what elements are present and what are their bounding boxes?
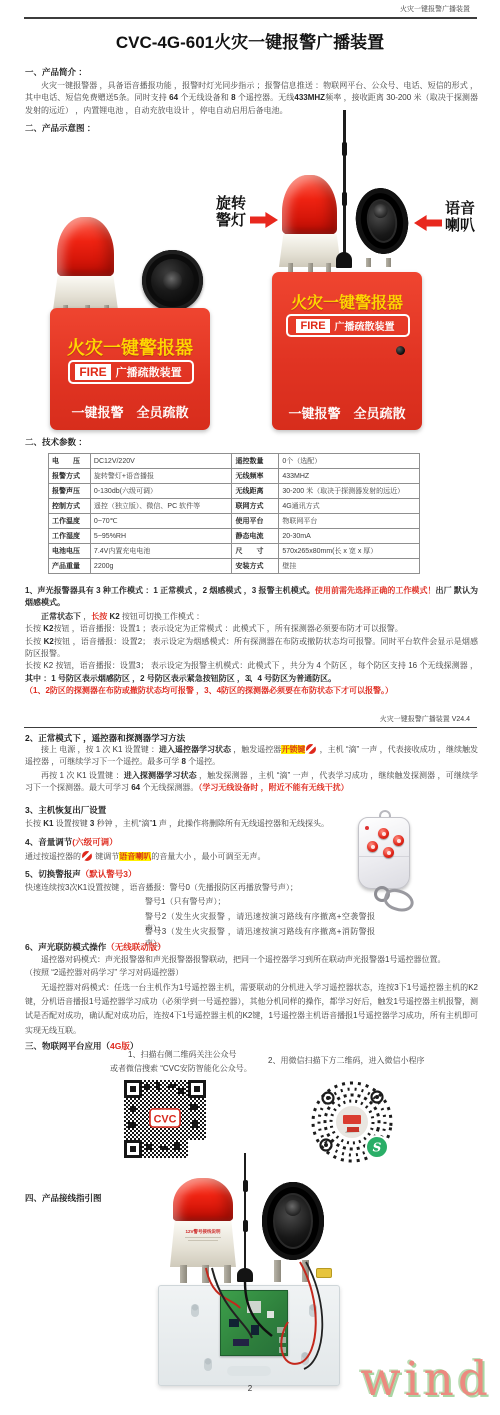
section-heading-params: 二、技术参数 ： (25, 436, 87, 448)
section-heading-wiring: 四、产品接线指引图 (25, 1192, 102, 1204)
learn-p1: 接上 电源 ，按 1 次 K1 设置键 ：进入遥控器学习状态 ，触发遥控器开锁键… (25, 744, 478, 769)
product-illustration: 火灾一键警报器 FIRE 广播疏散装置 一键报警 全员疏散 旋转 警灯 语音 喇… (0, 100, 500, 433)
section-heading-learn: 2、正常模式下 ，遥控器和探测器学习方法 (25, 732, 185, 744)
modes-p1: 1、声光报警器具有 3 种工作模式 ：1 正常模式 ，2 烟感模式 ，3 报警主… (25, 585, 478, 610)
iot-item2: 2、用微信扫描下方二维码，进入微信小程序 (268, 1055, 424, 1067)
wiring-wires (150, 1150, 355, 1388)
link-p1: 遥控器对码模式：声光报警器和声光报警器报警联动，把同一个遥控器学习到所在联动声光… (25, 954, 478, 966)
section-heading-volume: 4、音量调节(六级可调） (25, 836, 118, 848)
page-number-1: 1 (0, 674, 500, 683)
remote-button (367, 841, 378, 852)
iot-item1-line2: 或者微信搜索 “CVC安防智能化公众号。 (110, 1063, 252, 1075)
alarm-box-title: 火灾一键警报器 (50, 334, 210, 360)
keylock-icon (396, 346, 405, 355)
siren-speaker-left (142, 250, 203, 311)
section-heading-intro: 一、产品简介 ： (25, 66, 87, 78)
fire-badge: FIRE 广播疏散装置 (68, 360, 194, 384)
horn-speaker-right (352, 185, 413, 258)
remote-button (383, 847, 394, 858)
remote-clasp (381, 886, 416, 915)
antenna (343, 110, 346, 262)
iot-item1-line1: 1、扫描右侧二维码关注公众号 (128, 1049, 236, 1061)
fire-badge-2: FIRE 广播疏散装置 (286, 314, 410, 337)
fire-badge-en: FIRE (75, 364, 110, 380)
modes-l2: 长按 K2按钮 ，语音播报：设置2； 表示设定为烟感模式：所有探测器在布防或撤防… (25, 636, 478, 661)
link-p3: 无遥控器对码模式：任选一台主机作为1号遥控器主机，需要联动的分机进入学习遥控器状… (25, 981, 478, 1038)
modes-note: （1、2防区的探测器在布防或撤防状态均可报警 ，3、4防区的探测器必须要在布防状… (25, 685, 478, 697)
running-header-page2: 火灾一键报警广播装置 V24.4 (380, 714, 470, 724)
alarm-box-slogan: 一键报警 全员疏散 (50, 402, 210, 421)
header-rule-page1 (24, 17, 477, 19)
beacon-light-right (282, 175, 337, 235)
arrow-left-icon (414, 215, 442, 231)
section-heading-link: 6、声光联防模式操作（无线联动版） (25, 941, 166, 953)
reset-p: 长按 K1 设置按键 3 秒钟 ，主机“滴”1 声 ，此操作将删除所有无线遥控器… (25, 818, 345, 830)
running-header-page1: 火灾一键报警广播装置 (400, 4, 470, 14)
alarm-box-left: 火灾一键警报器 FIRE 广播疏散装置 一键报警 全员疏散 (50, 308, 210, 430)
label-voice-speaker: 语音 喇叭 (445, 200, 475, 234)
section-heading-iot: 三、物联网平台应用（4G版） (25, 1040, 138, 1052)
modes-l1: 长按 K2按钮 ，语音播报：设置1 ；表示设定为正常模式 ：此模式下 ，所有探测… (25, 623, 478, 635)
arrow-right-icon (250, 212, 278, 228)
qr-center-logo: CVC (154, 1113, 177, 1125)
remote-button (393, 835, 404, 846)
fire-badge-cn: 广播疏散装置 (111, 363, 187, 381)
manual-page: 火灾一键报警广播装置 CVC-4G-601火灾一键报警广播装置 一、产品简介 ：… (0, 0, 500, 1415)
alarm-box-title-2: 火灾一键警报器 (272, 290, 422, 313)
fire-badge-en-2: FIRE (296, 319, 329, 333)
antenna-base (336, 252, 352, 268)
fire-badge-cn-2: 广播疏散装置 (330, 317, 400, 334)
remote-control-photo (350, 810, 430, 910)
section-heading-siren: 5、切换警报声（默认警号3） (25, 868, 136, 880)
header-rule-page2 (24, 727, 477, 728)
modes-p2: 正常状态下 ，长按 K2 按钮可切换工作模式 ： (25, 611, 478, 623)
params-table: 电 压DC12V/220V遥控数量0个（选配） 报警方式旋转警灯+语音播报无线频… (48, 453, 420, 574)
beacon-light-left (57, 217, 114, 277)
page-title: CVC-4G-601火灾一键报警广播装置 (0, 28, 500, 53)
wechat-miniprogram-icon: S (373, 1141, 382, 1155)
remote-button (378, 828, 389, 839)
alarm-box-right: 火灾一键警报器 FIRE 广播疏散装置 一键报警 全员疏散 (272, 272, 422, 430)
siren-p2: 警号1（只有警号声）； (145, 896, 355, 908)
watermark: wind (360, 1352, 492, 1407)
wiring-photo: 12V警号接线说明 (150, 1150, 355, 1388)
label-rotating-light: 旋转 警灯 (216, 195, 246, 229)
siren-p1: 快速连续按3次K1设置按键 ，语音播报：警号0（先播报防区再播放警号声）； (25, 882, 355, 894)
link-p2: （按照 “2遥控器对码学习” 学习对码遥控器） (25, 967, 478, 979)
alarm-box-slogan-2: 一键报警 全员疏散 (272, 403, 422, 422)
learn-p2: 再按 1 次 K1 设置键 ：进入探测器学习状态 ，触发探测器 ，主机 “滴” … (25, 770, 478, 795)
volume-p: 通过按遥控器的 键调节语音喇叭的音量大小 ，最小可调至无声。 (25, 851, 345, 863)
siren-p4: 警号3（发生火灾报警 ，请迅速按演习路线有序撤离+消防警报声）。 (145, 926, 375, 951)
section-heading-reset: 3、主机恢复出厂设置 (25, 804, 106, 816)
